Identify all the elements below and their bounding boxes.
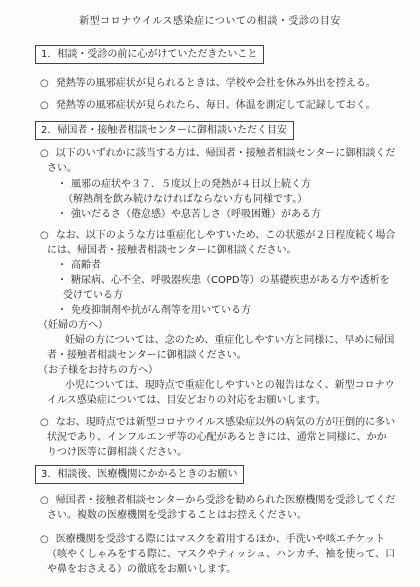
bullet-text: 以下のいずれかに該当する方は、帰国者・接触者相談センターに御相談ください。 — [47, 148, 395, 174]
bullet-item: ○なお、以下のような方は重症化しやすいため、この状態が２日程度続く場合には、帰国… — [47, 228, 396, 258]
circle-bullet: ○ — [40, 417, 49, 428]
sub-bullet-item: ・風邪の症状や３７．５度以上の発熱が４日以上続く方 — [63, 177, 396, 192]
note-line: （解熱剤を飲み続けなければならない方も同様です。） — [63, 192, 396, 207]
circle-bullet: ○ — [40, 100, 49, 111]
bullet-text: 医療機関を受診する際にはマスクを着用するほか、手洗いや咳エチケット（咳やくしゃみ… — [47, 534, 395, 575]
bullet-text: 帰国者・接触者相談センターから受診を勧められた医療機関を受診してください。複数の… — [47, 495, 395, 521]
doc-title: 新型コロナウイルス感染症についての相談・受診の目安 — [0, 14, 420, 29]
bullet-text: 発熱等の風邪症状が見られたら、毎日、体温を測定して記録しておく。 — [56, 100, 376, 111]
bullet-text: なお、現時点では新型コロナウイルス感染症以外の病気の方が圧倒的に多い状況であり、… — [47, 417, 395, 458]
sub-bullet-item: ・糖尿病、心不全、呼吸器疾患（COPD等）の基礎疾患がある方や透析を受けている方 — [63, 273, 396, 303]
circle-bullet: ○ — [40, 230, 49, 241]
dot-bullet: ・ — [57, 275, 67, 286]
sub-bullet-text: 高齢者 — [71, 260, 101, 271]
sub-bullet-text: 糖尿病、心不全、呼吸器疾患（COPD等）の基礎疾患がある方や透析を受けている方 — [63, 275, 390, 301]
circle-bullet: ○ — [40, 148, 49, 159]
section-2: 2．帰国者・接触者相談センターに御相談いただく目安 ○以下のいずれかに該当する方… — [0, 121, 420, 460]
section-3-heading: 3．相談後、医療機関にかかるときのお願い — [35, 465, 244, 484]
section-1-heading: 1．相談・受診の前に心がけていただきたいこと — [35, 45, 264, 64]
section-1: 1．相談・受診の前に心がけていただきたいこと ○発熱等の風邪症状が見られるときは… — [0, 45, 420, 113]
bullet-item: ○発熱等の風邪症状が見られるときは、学校や会社を休み外出を控える。 — [47, 76, 396, 91]
bullet-item: ○発熱等の風邪症状が見られたら、毎日、体温を測定して記録しておく。 — [47, 98, 396, 113]
sub-bullet-item: ・高齢者 — [63, 258, 396, 273]
circle-bullet: ○ — [40, 78, 49, 89]
section-2-heading: 2．帰国者・接触者相談センターに御相談いただく目安 — [35, 121, 294, 140]
sub-bullet-text: 風邪の症状や３７．５度以上の発熱が４日以上続く方 — [71, 179, 311, 190]
paren-header: （妊婦の方へ） — [38, 318, 396, 333]
circle-bullet: ○ — [40, 534, 49, 545]
inner-paragraph: 小児については、現時点で重症化しやすいとの報告はなく、新型コロナウイルス感染症に… — [47, 378, 396, 408]
dot-bullet: ・ — [57, 179, 67, 190]
sub-bullet-text: 免疫抑制剤や抗がん剤等を用いている方 — [71, 305, 251, 316]
circle-bullet: ○ — [40, 495, 49, 506]
dot-bullet: ・ — [57, 209, 67, 220]
bullet-item: ○医療機関を受診する際にはマスクを着用するほか、手洗いや咳エチケット（咳やくしゃ… — [47, 532, 396, 577]
dot-bullet: ・ — [57, 305, 67, 316]
section-3: 3．相談後、医療機関にかかるときのお願い ○帰国者・接触者相談センターから受診を… — [0, 465, 420, 577]
bullet-text: なお、以下のような方は重症化しやすいため、この状態が２日程度続く場合には、帰国者… — [47, 230, 395, 256]
paren-header: （お子様をお持ちの方へ） — [38, 363, 396, 378]
inner-paragraph: 妊婦の方については、念のため、重症化しやすい方と同様に、早めに帰国者・接触者相談… — [47, 333, 396, 363]
document-page: 新型コロナウイルス感染症についての相談・受診の目安 1．相談・受診の前に心がけて… — [0, 0, 420, 587]
bullet-item: ○なお、現時点では新型コロナウイルス感染症以外の病気の方が圧倒的に多い状況であり… — [47, 415, 396, 460]
bullet-item: ○以下のいずれかに該当する方は、帰国者・接触者相談センターに御相談ください。 — [47, 146, 396, 176]
sub-bullet-text: 強いだるさ（倦怠感）や息苦しさ（呼吸困難）がある方 — [71, 209, 321, 220]
bullet-item: ○帰国者・接触者相談センターから受診を勧められた医療機関を受診してください。複数… — [47, 493, 396, 523]
sub-bullet-item: ・免疫抑制剤や抗がん剤等を用いている方 — [63, 303, 396, 318]
sub-bullet-item: ・強いだるさ（倦怠感）や息苦しさ（呼吸困難）がある方 — [63, 207, 396, 222]
bullet-text: 発熱等の風邪症状が見られるときは、学校や会社を休み外出を控える。 — [56, 78, 376, 89]
dot-bullet: ・ — [57, 260, 67, 271]
